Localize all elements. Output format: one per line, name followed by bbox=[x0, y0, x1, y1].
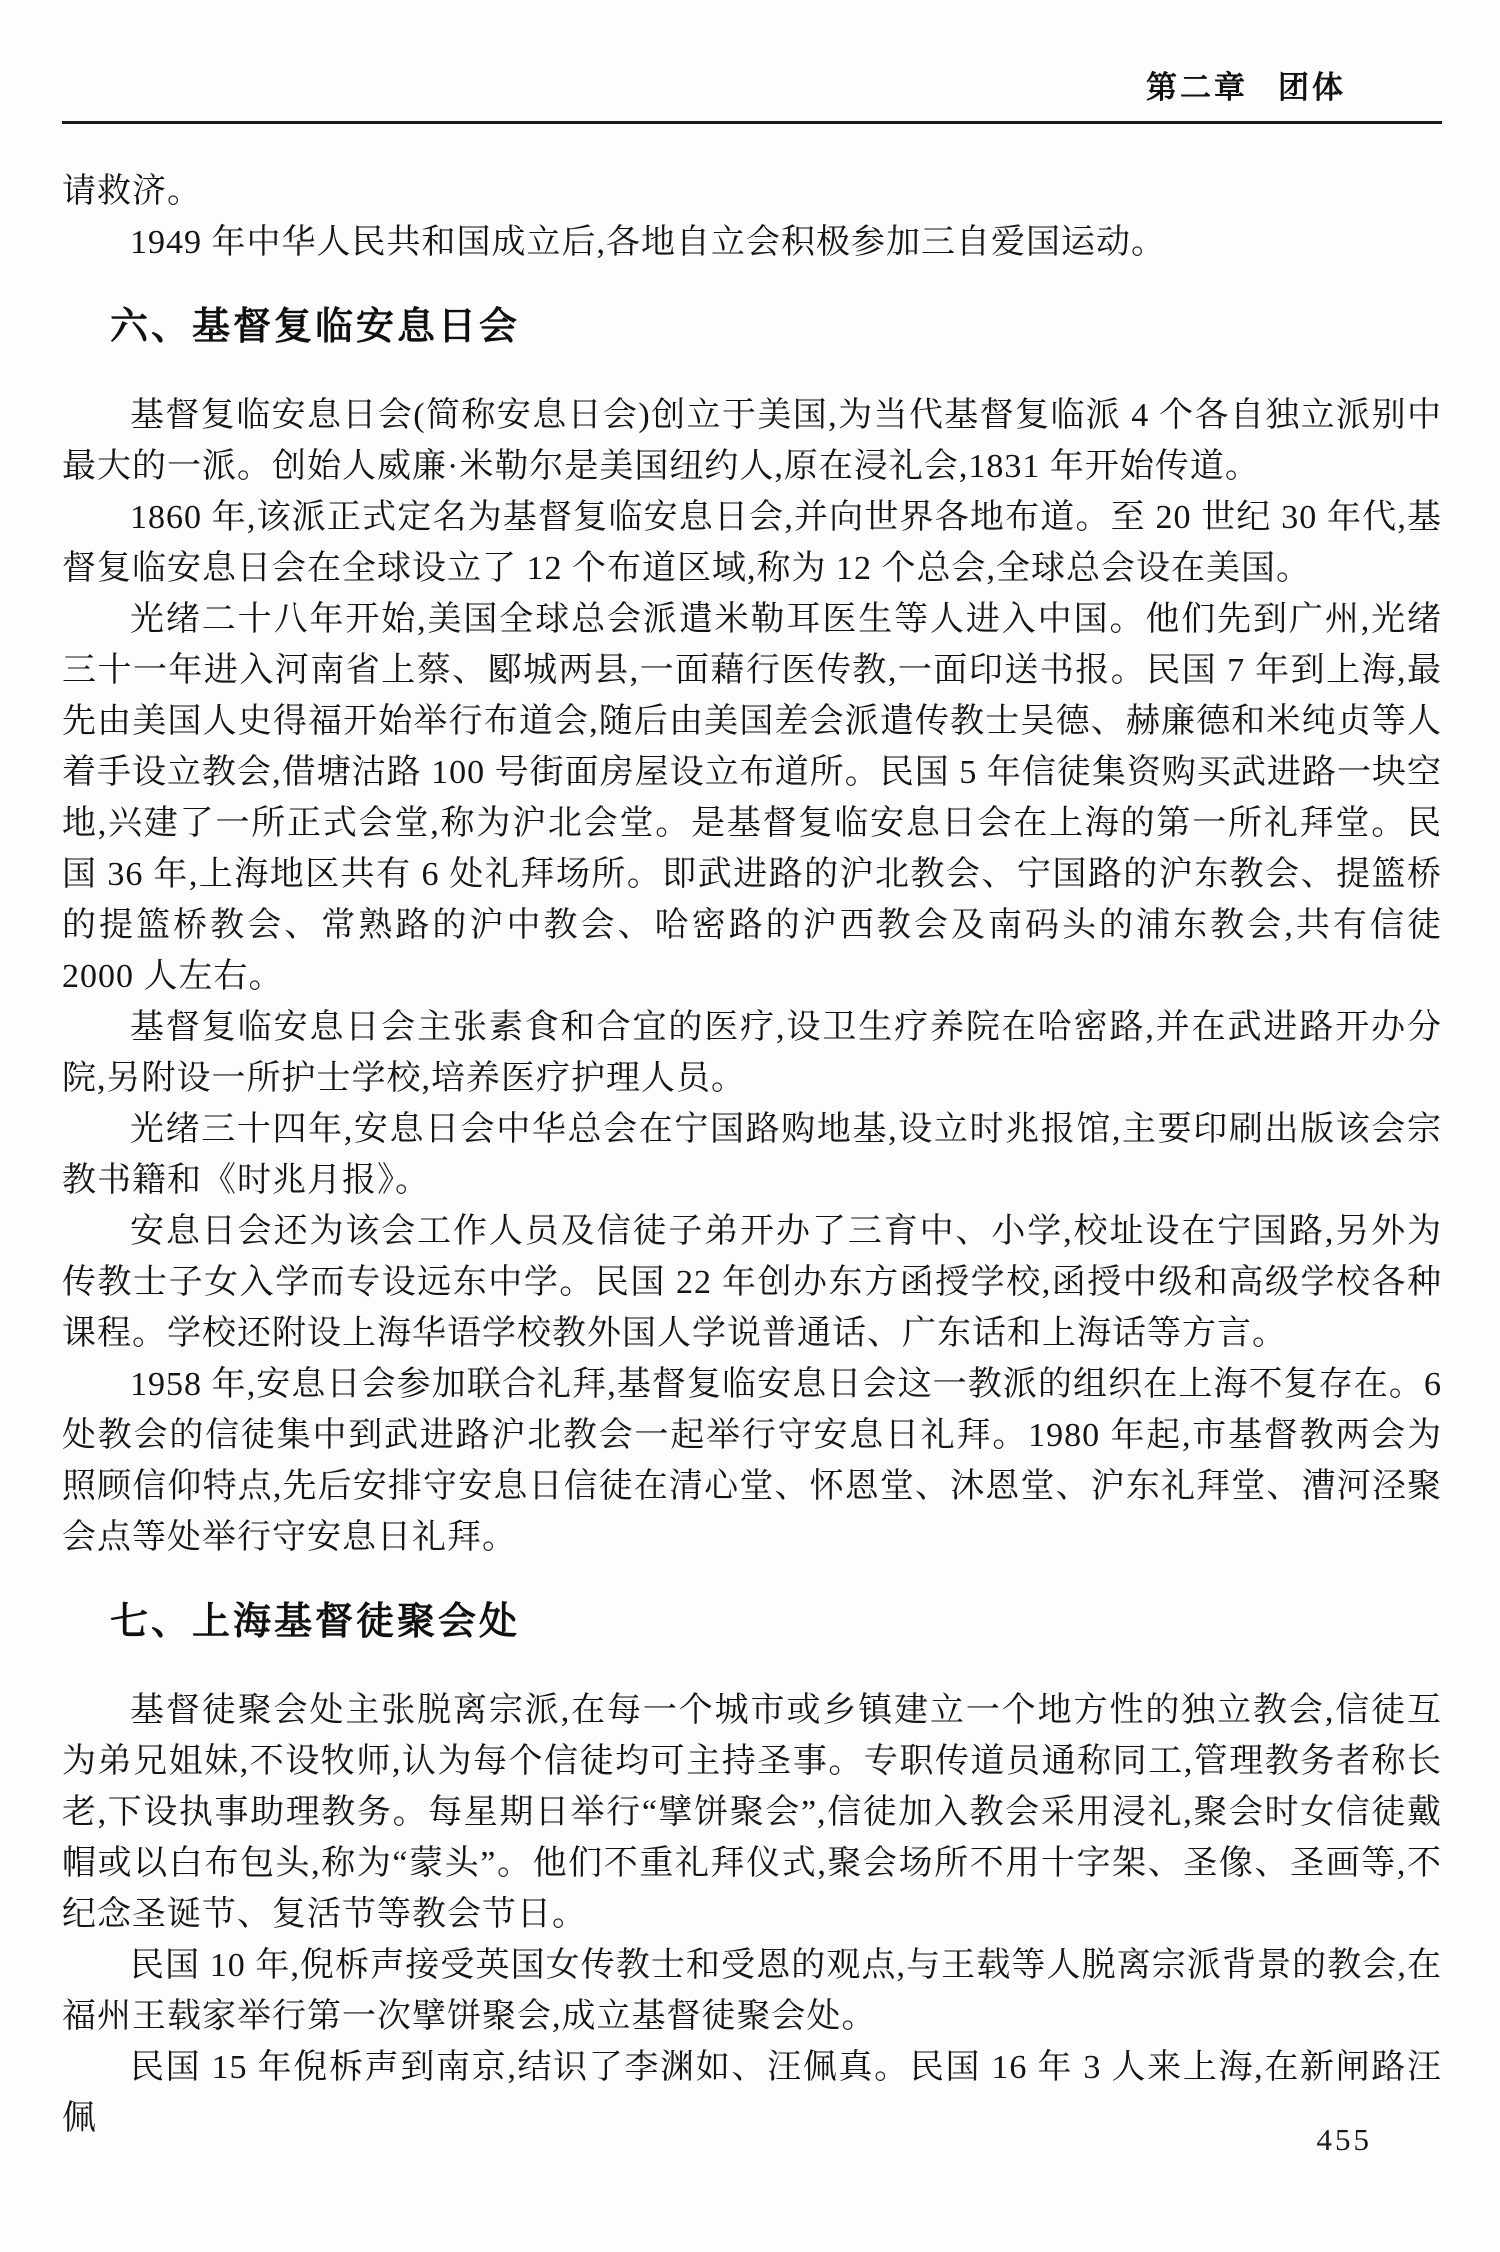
paragraph: 1949 年中华人民共和国成立后,各地自立会积极参加三自爱国运动。 bbox=[62, 217, 1442, 268]
running-header-title: 团体 bbox=[1278, 70, 1346, 105]
paragraph: 基督复临安息日会(简称安息日会)创立于美国,为当代基督复临派 4 个各自独立派别… bbox=[62, 390, 1442, 492]
running-header: 第二章团体 bbox=[62, 70, 1442, 106]
page-number: 455 bbox=[1317, 2122, 1373, 2158]
paragraph: 光绪二十八年开始,美国全球总会派遣米勒耳医生等人进入中国。他们先到广州,光绪三十… bbox=[62, 594, 1442, 1002]
paragraph: 1860 年,该派正式定名为基督复临安息日会,并向世界各地布道。至 20 世纪 … bbox=[62, 492, 1442, 594]
paragraph: 光绪三十四年,安息日会中华总会在宁国路购地基,设立时兆报馆,主要印刷出版该会宗教… bbox=[62, 1104, 1442, 1206]
page-body: 请救济。 1949 年中华人民共和国成立后,各地自立会积极参加三自爱国运动。 六… bbox=[62, 166, 1442, 2144]
paragraph: 1958 年,安息日会参加联合礼拜,基督复临安息日会这一教派的组织在上海不复存在… bbox=[62, 1359, 1442, 1563]
paragraph-continuation: 请救济。 bbox=[62, 166, 1442, 217]
section-heading-7: 七、上海基督徒聚会处 bbox=[110, 1599, 1442, 1645]
header-rule bbox=[62, 121, 1442, 124]
running-header-chapter: 第二章 bbox=[1146, 70, 1248, 105]
paragraph: 民国 10 年,倪柝声接受英国女传教士和受恩的观点,与王载等人脱离宗派背景的教会… bbox=[62, 1940, 1442, 2042]
paragraph: 安息日会还为该会工作人员及信徒子弟开办了三育中、小学,校址设在宁国路,另外为传教… bbox=[62, 1206, 1442, 1359]
paragraph: 基督徒聚会处主张脱离宗派,在每一个城市或乡镇建立一个地方性的独立教会,信徒互为弟… bbox=[62, 1685, 1442, 1940]
book-page: 第二章团体 请救济。 1949 年中华人民共和国成立后,各地自立会积极参加三自爱… bbox=[0, 0, 1500, 2252]
section-heading-6: 六、基督复临安息日会 bbox=[110, 304, 1442, 350]
paragraph: 基督复临安息日会主张素食和合宜的医疗,设卫生疗养院在哈密路,并在武进路开办分院,… bbox=[62, 1002, 1442, 1104]
paragraph: 民国 15 年倪柝声到南京,结识了李渊如、汪佩真。民国 16 年 3 人来上海,… bbox=[62, 2042, 1442, 2144]
